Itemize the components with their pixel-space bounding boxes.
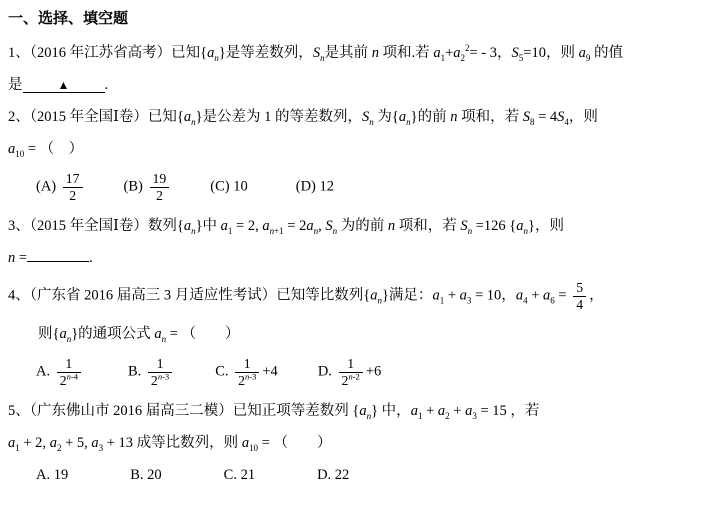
- subscript: 5: [519, 53, 524, 63]
- spacer: [162, 478, 224, 479]
- fraction-denominator: 2: [150, 188, 170, 204]
- subscript: 2: [461, 53, 466, 63]
- fraction-numerator: 5: [573, 280, 586, 297]
- fraction: 12n-3: [235, 356, 259, 389]
- math-var: a: [262, 218, 269, 234]
- subscript: 3: [99, 443, 104, 453]
- subscript: 3: [467, 295, 472, 305]
- math-var: n: [367, 411, 372, 421]
- subscript: n: [314, 226, 319, 236]
- fraction: 12n-3: [148, 356, 172, 389]
- fraction-numerator: 17: [63, 171, 83, 188]
- subscript: n: [214, 53, 219, 63]
- math-var: a: [242, 435, 249, 451]
- subscript: n: [406, 117, 411, 127]
- question-5-line-1: 5、（广东佛山市 2016 届高三二模）已知正项等差数列 {an} 中，a1 +…: [8, 401, 686, 421]
- math-var: a: [91, 435, 98, 451]
- question-3-line-2: n =.: [8, 248, 686, 268]
- math-var: n: [333, 226, 338, 236]
- subscript: 2: [445, 411, 450, 421]
- fraction: 12n-2: [339, 356, 363, 389]
- superscript: n-3: [245, 372, 256, 382]
- math-var: n: [162, 334, 167, 344]
- math-var: a: [579, 45, 586, 61]
- question-2-options: (A) 172(B) 192(C) 10(D) 12: [8, 171, 686, 204]
- question-2-line-1: 2、（2015 年全国Ⅰ卷）已知{an}是公差为 1 的等差数列，Sn 为{an…: [8, 107, 686, 127]
- subscript: n: [523, 226, 528, 236]
- superscript: n-3: [158, 372, 169, 382]
- math-var: n: [270, 226, 275, 236]
- math-var: S: [313, 45, 320, 61]
- math-var: n: [468, 226, 473, 236]
- math-var: S: [325, 218, 332, 234]
- document-page: 一、选择、填空题1、（2016 年江苏省高考）已知{an}是等差数列，Sn是其前…: [0, 0, 702, 485]
- math-var: n: [191, 226, 196, 236]
- math-var: n: [388, 218, 395, 234]
- math-var: a: [59, 326, 66, 342]
- superscript: 2: [465, 43, 470, 53]
- subscript: n: [377, 295, 382, 305]
- fraction: 172: [63, 171, 83, 204]
- subscript: 3: [472, 411, 477, 421]
- math-var: a: [359, 403, 366, 419]
- fraction-denominator: 2n-3: [235, 373, 259, 389]
- math-var: a: [221, 218, 228, 234]
- subscript: 4: [523, 295, 528, 305]
- superscript: n-4: [67, 372, 78, 382]
- spacer: [255, 478, 317, 479]
- fraction-denominator: 2n-2: [339, 373, 363, 389]
- math-var: a: [154, 326, 161, 342]
- subscript: 1: [418, 411, 423, 421]
- question-2-line-2: a10 = （ ）: [8, 139, 686, 159]
- math-var: n: [369, 117, 374, 127]
- math-var: n: [67, 334, 72, 344]
- math-var: a: [184, 218, 191, 234]
- math-var: a: [453, 45, 460, 61]
- subscript: 1: [228, 226, 233, 236]
- math-var: n: [191, 117, 196, 127]
- math-var: n: [214, 53, 219, 63]
- subscript: n+1: [270, 226, 284, 236]
- subscript: n: [367, 411, 372, 421]
- spacer: [172, 190, 210, 191]
- question-1-line-1: 1、（2016 年江苏省高考）已知{an}是等差数列，Sn是其前 n 项和.若 …: [8, 43, 686, 63]
- math-var: n: [372, 45, 379, 61]
- math-var: n: [245, 372, 249, 382]
- subscript: 6: [550, 295, 555, 305]
- math-var: S: [523, 109, 530, 125]
- math-var: a: [432, 287, 439, 303]
- subscript: 4: [564, 117, 569, 127]
- math-var: a: [516, 287, 523, 303]
- math-var: S: [460, 218, 467, 234]
- spacer: [248, 190, 296, 191]
- math-var: a: [411, 403, 418, 419]
- spacer: [68, 478, 130, 479]
- math-var: a: [433, 45, 440, 61]
- math-var: n: [523, 226, 528, 236]
- fraction-denominator: 2n-3: [148, 373, 172, 389]
- math-var: n: [8, 250, 15, 266]
- fraction-denominator: 4: [573, 297, 586, 313]
- question-1-line-2: 是▲.: [8, 75, 686, 95]
- subscript: n: [468, 226, 473, 236]
- fraction: 192: [150, 171, 170, 204]
- question-4-options: A. 12n-4B. 12n-3C. 12n-3+4D. 12n-2+6: [8, 356, 686, 389]
- math-var: a: [50, 435, 57, 451]
- math-var: n: [314, 226, 319, 236]
- spacer: [278, 375, 318, 376]
- section-title: 一、选择、填空题: [8, 9, 686, 29]
- subscript: n: [67, 334, 72, 344]
- spacer: [84, 375, 128, 376]
- spacer: [175, 375, 215, 376]
- fraction: 54: [573, 280, 586, 313]
- subscript: n: [369, 117, 374, 127]
- math-var: n: [320, 53, 325, 63]
- subscript: 1: [15, 443, 20, 453]
- question-5-options: A. 19B. 20C. 21D. 22: [8, 465, 686, 485]
- subscript: 9: [586, 53, 591, 63]
- math-var: a: [184, 109, 191, 125]
- question-3-line-1: 3、（2015 年全国Ⅰ卷）数列{an}中 a1 = 2, an+1 = 2an…: [8, 216, 686, 236]
- superscript: n-2: [348, 372, 359, 382]
- subscript: n: [320, 53, 325, 63]
- subscript: n: [191, 117, 196, 127]
- question-4-line-1: 4、（广东省 2016 届高三 3 月适应性考试）已知等比数列{an}满足：a1…: [8, 280, 686, 313]
- math-var: S: [512, 45, 519, 61]
- fraction: 12n-4: [57, 356, 81, 389]
- answer-blank-triangle: ▲: [23, 78, 105, 93]
- question-4-line-2: 则{an}的通项公式 an = （ ）: [8, 324, 686, 344]
- spacer: [86, 190, 124, 191]
- math-var: n: [406, 117, 411, 127]
- subscript: 8: [530, 117, 535, 127]
- subscript: 1: [441, 53, 446, 63]
- subscript: 2: [57, 443, 62, 453]
- fraction-denominator: 2n-4: [57, 373, 81, 389]
- answer-blank: [27, 261, 89, 262]
- math-var: n: [158, 372, 162, 382]
- subscript: 10: [249, 443, 258, 453]
- fraction-numerator: 19: [150, 171, 170, 188]
- math-var: n: [67, 372, 71, 382]
- subscript: 10: [15, 149, 24, 159]
- subscript: n: [191, 226, 196, 236]
- math-var: a: [460, 287, 467, 303]
- math-var: n: [450, 109, 457, 125]
- math-var: n: [377, 295, 382, 305]
- subscript: 1: [440, 295, 445, 305]
- fraction-denominator: 2: [63, 188, 83, 204]
- subscript: n: [162, 334, 167, 344]
- subscript: n: [333, 226, 338, 236]
- math-var: a: [306, 218, 313, 234]
- question-5-line-2: a1 + 2, a2 + 5, a3 + 13 成等比数列，则 a10 = （ …: [8, 433, 686, 453]
- math-var: n: [348, 372, 352, 382]
